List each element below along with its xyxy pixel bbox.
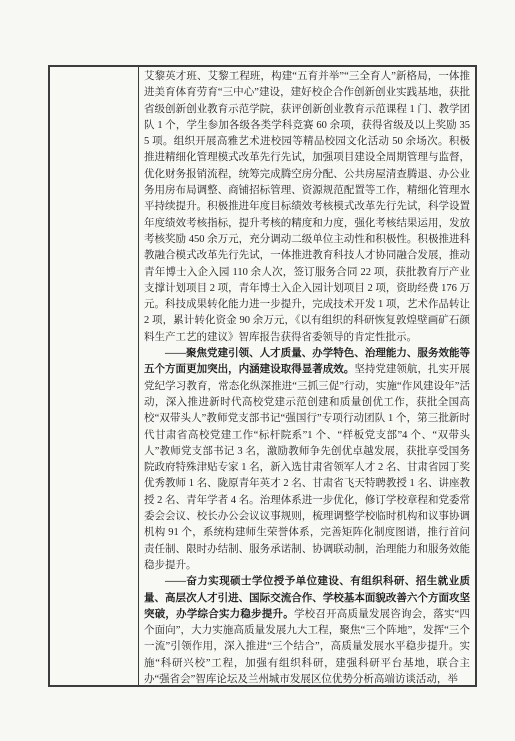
scanned-document-page: 艾黎英才班、艾黎工程班，构建“五育并举”“三全育人”新格局，一体推进美育体育劳育… [0,0,515,741]
paragraph: 艾黎英才班、艾黎工程班，构建“五育并举”“三全育人”新格局，一体推进美育体育劳育… [144,69,470,346]
paragraph-text: 艾黎英才班、艾黎工程班，构建“五育并举”“三全育人”新格局，一体推进美育体育劳育… [144,71,470,343]
paragraph: ——聚焦党建引领、人才质量、办学特色、治理能力、服务效能等五个方面更加突出，内涵… [144,346,470,574]
paragraph: ——奋力实现硕士学位授予单位建设、有组织科研、招生就业质量、高层次人才引进、国际… [144,574,470,685]
paragraph-text: 学校召开高质量发展咨询会，落实“四个面向”，大力实施高质量发展九大工程，聚焦“三… [144,609,470,685]
report-table: 艾黎英才班、艾黎工程班，构建“五育并举”“三全育人”新格局，一体推进美育体育劳育… [48,65,477,687]
paragraph-text: 坚持党建领航，扎实开展党纪学习教育，常态化纵深推进“三抓三促”行动，实施“作风建… [144,364,470,571]
table-label-cell-empty [50,67,139,685]
table-content-cell: 艾黎英才班、艾黎工程班，构建“五育并举”“三全育人”新格局，一体推进美育体育劳育… [139,67,475,685]
